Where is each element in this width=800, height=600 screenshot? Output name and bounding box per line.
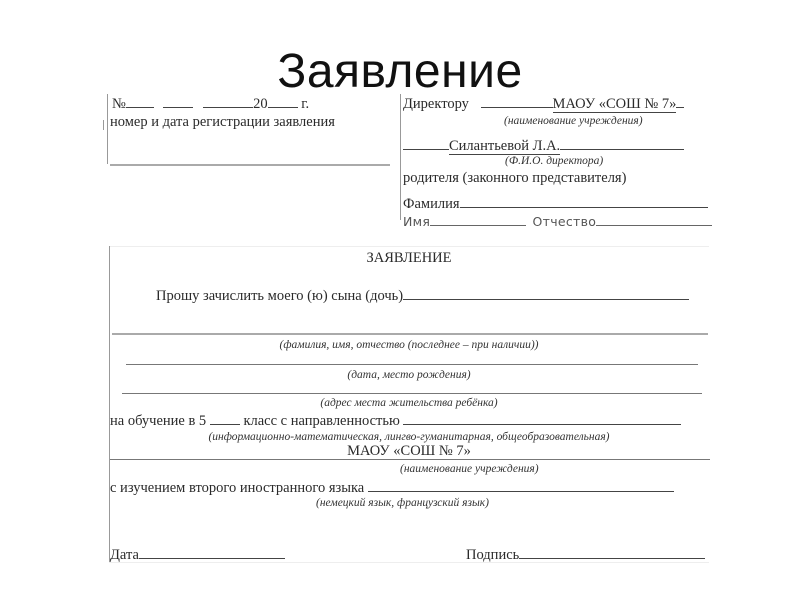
slide-title: Заявление: [0, 44, 800, 100]
month-field[interactable]: [203, 94, 253, 108]
request-text: Прошу зачислить моего (ю) сына (дочь): [156, 288, 403, 304]
fio-caption: (фамилия, имя, отчество (последнее – при…: [109, 338, 709, 352]
year-field[interactable]: [268, 94, 298, 108]
director-blank: [481, 94, 553, 108]
surname-line: Фамилия: [403, 194, 708, 213]
language-field[interactable]: [368, 478, 674, 492]
child-fio-line[interactable]: [112, 333, 708, 335]
name-field[interactable]: [430, 212, 526, 226]
direction-caption: (информационно-математическая, лингво-гу…: [109, 430, 709, 444]
signature-field[interactable]: [519, 545, 705, 559]
direction-field[interactable]: [403, 411, 681, 425]
child-field-start[interactable]: [403, 286, 689, 300]
address-line[interactable]: [122, 393, 702, 394]
date-field[interactable]: [139, 545, 285, 559]
year-suffix: г.: [301, 96, 309, 112]
director-name-line: Силантьевой Л.А.: [403, 136, 684, 155]
name-label: Имя: [403, 214, 430, 229]
application-institution-caption: (наименование учреждения): [400, 462, 539, 476]
registration-caption: номер и дата регистрации заявления: [110, 114, 335, 131]
registration-number-line: № 20 г.: [112, 94, 309, 113]
registration-bottom-line: [110, 164, 390, 166]
birth-line[interactable]: [126, 364, 698, 365]
number-prefix: №: [112, 96, 126, 112]
registration-left-border: [107, 94, 108, 164]
language-caption: (немецкий язык, французский язык): [316, 496, 489, 510]
director-name[interactable]: Силантьевой Л.А.: [449, 138, 560, 155]
director-institution[interactable]: МАОУ «СОШ № 7»: [553, 96, 677, 113]
addressee-left-border: [400, 94, 401, 220]
patronymic-field[interactable]: [596, 212, 712, 226]
day-field[interactable]: [163, 94, 193, 108]
grade-suffix: класс с направленностью: [243, 413, 399, 429]
institution-caption: (наименование учреждения): [504, 114, 643, 128]
director-name-tail: [560, 136, 684, 150]
director-label: Директору: [403, 96, 469, 112]
director-institution-tail: [676, 94, 684, 108]
surname-field[interactable]: [460, 194, 708, 208]
date-label: Дата: [110, 547, 139, 563]
application-institution: МАОУ «СОШ № 7»: [109, 443, 709, 460]
patronymic-label: Отчество: [532, 214, 596, 229]
address-caption: (адрес места жительства ребёнка): [109, 396, 709, 410]
request-line: Прошу зачислить моего (ю) сына (дочь): [156, 286, 689, 305]
grade-line: на обучение в 5 класс с направленностью: [110, 411, 681, 430]
application-heading: ЗАЯВЛЕНИЕ: [109, 250, 709, 267]
grade-prefix: на обучение в 5: [110, 413, 206, 429]
application-bottom-border: [109, 562, 709, 563]
signature-label: Подпись: [466, 547, 519, 563]
language-text: с изучением второго иностранного языка: [110, 480, 364, 496]
application-top-border: [109, 246, 709, 247]
number-field[interactable]: [126, 94, 154, 108]
institution-line: [110, 459, 710, 460]
year-prefix: 20: [253, 96, 268, 112]
registration-bracket: [103, 120, 104, 130]
language-line: с изучением второго иностранного языка: [110, 478, 674, 497]
surname-label: Фамилия: [403, 196, 460, 212]
director-name-lead: [403, 136, 449, 150]
name-patronymic-line: Имя Отчество: [403, 212, 712, 229]
director-line: Директору МАОУ «СОШ № 7»: [403, 94, 684, 113]
director-caption: (Ф.И.О. директора): [505, 154, 603, 168]
parent-label: родителя (законного представителя): [403, 170, 626, 187]
grade-letter-field[interactable]: [210, 411, 240, 425]
birth-caption: (дата, место рождения): [109, 368, 709, 382]
